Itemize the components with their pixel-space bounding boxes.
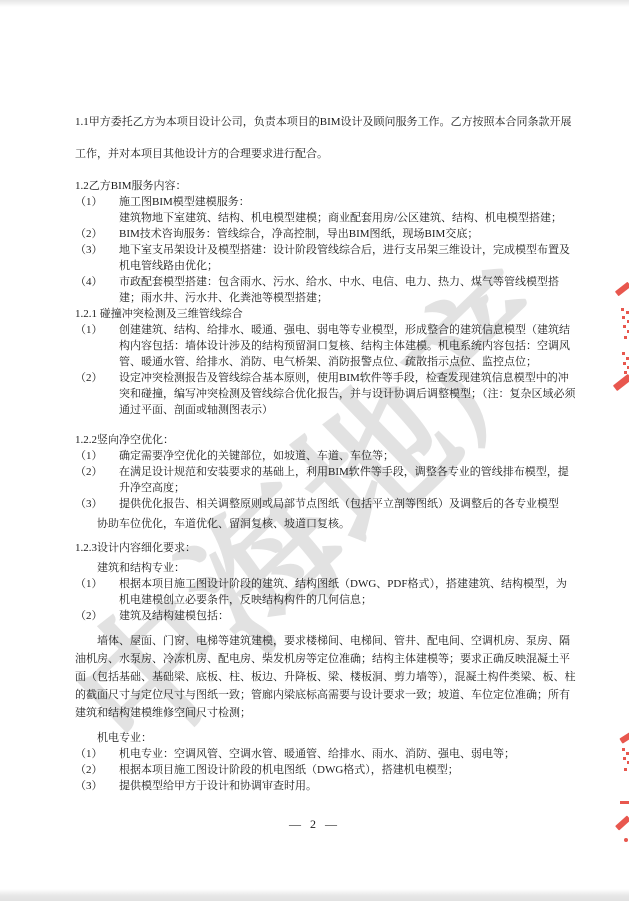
item-number: （1） (75, 746, 119, 762)
seal-stamp-fragment (622, 748, 625, 751)
numbered-list-item: （2）根据本项目施工图设计阶段的机电图纸（DWG格式），搭建机电模型； (75, 762, 577, 778)
item-text-line: 在满足设计规范和安装要求的基础上，利用BIM软件等手段，调整各专业的管线排布模型… (119, 464, 577, 496)
text-block: 1.1甲方委托乙方为本项目设计公司，负责本项目的BIM设计及顾问服务工作。乙方按… (75, 106, 577, 170)
seal-stamp-fragment (613, 374, 629, 391)
item-text: 市政配套模型搭建：包含雨水、污水、给水、中水、电信、电力、热力、煤气等管线模型搭… (119, 274, 577, 306)
item-text: 建筑及结构建模包括： (119, 608, 577, 624)
item-text: 施工图BIM模型建模服务：建筑物地下室建筑、结构、机电模型建模；商业配套用房/公… (119, 194, 577, 226)
numbered-list-item: （1）机电专业：空调风管、空调水管、暖通管、给排水、雨水、消防、强电、弱电等； (75, 746, 577, 762)
numbered-list-item: （3）提供优化报告、相关调整原则或局部节点图纸（包括平立剖等图纸）及调整后的各专… (75, 496, 577, 512)
item-text: 机电专业：空调风管、空调水管、暖通管、给排水、雨水、消防、强电、弱电等； (119, 746, 577, 762)
numbered-list-item: （2）设定冲突检测报告及管线综合基本原则，使用BIM软件等手段，检查发现建筑信息… (75, 370, 577, 418)
text-block: 1.2.2竖向净空优化： (75, 432, 577, 448)
numbered-list-item: （3）地下室支吊架设计及模型搭建：设计阶段管线综合后，进行支吊架三维设计，完成模… (75, 242, 577, 274)
numbered-list-item: （2）在满足设计规范和安装要求的基础上，利用BIM软件等手段，调整各专业的管线排… (75, 464, 577, 496)
text-block: 建筑和结构专业： (75, 560, 577, 576)
item-text-line: 提供优化报告、相关调整原则或局部节点图纸（包括平立剖等图纸）及调整后的各专业模型 (119, 496, 577, 512)
seal-stamp-fragment (615, 282, 629, 297)
item-text-line: 提供模型给甲方于设计和协调审查时用。 (119, 778, 577, 794)
numbered-list-item: （1）创建建筑、结构、给排水、暖通、强电、弱电等专业模型，形成整合的建筑信息模型… (75, 322, 577, 370)
item-text-line: 施工图BIM模型建模服务： (119, 194, 577, 210)
seal-stamp-fragment (624, 838, 628, 842)
item-text-line: 建筑物地下室建筑、结构、机电模型建模；商业配套用房/公区建筑、结构、机电模型搭建… (119, 210, 577, 226)
item-number: （1） (75, 322, 119, 370)
text-block: 协助车位优化，车道优化、留洞复核、坡道口复核。 (75, 516, 577, 532)
item-text: 提供模型给甲方于设计和协调审查时用。 (119, 778, 577, 794)
numbered-list-item: （3）提供模型给甲方于设计和协调审查时用。 (75, 778, 577, 794)
document-page: 中海地产 1.1甲方委托乙方为本项目设计公司，负责本项目的BIM设计及顾问服务工… (0, 0, 629, 901)
item-text-line: 设定冲突检测报告及管线综合基本原则，使用BIM软件等手段，检查发现建筑信息模型中… (119, 370, 577, 418)
item-number: （3） (75, 496, 119, 512)
numbered-list-item: （2）BIM技术咨询服务：管线综合，净高控制，导出BIM图纸，现场BIM交底； (75, 226, 577, 242)
item-number: （3） (75, 778, 119, 794)
item-text-line: 创建建筑、结构、给排水、暖通、强电、弱电等专业模型，形成整合的建筑信息模型（建筑… (119, 322, 577, 370)
text-block: 1.2.3设计内容细化要求： (75, 540, 577, 556)
item-text: 确定需要净空优化的关键部位，如坡道、车道、车位等； (119, 448, 577, 464)
item-text-line: 建筑及结构建模包括： (119, 608, 577, 624)
item-text: 根据本项目施工图设计阶段的建筑、结构图纸（DWG、PDF格式），搭建建筑、结构模… (119, 576, 577, 608)
item-number: （2） (75, 762, 119, 778)
item-number: （1） (75, 448, 119, 464)
item-number: （2） (75, 464, 119, 496)
numbered-list-item: （4）市政配套模型搭建：包含雨水、污水、给水、中水、电信、电力、热力、煤气等管线… (75, 274, 577, 306)
text-block: 机电专业： (75, 730, 577, 746)
item-text: 提供优化报告、相关调整原则或局部节点图纸（包括平立剖等图纸）及调整后的各专业模型 (119, 496, 577, 512)
text-block: 1.2.1 碰撞冲突检测及三维管线综合 (75, 306, 577, 322)
item-text: BIM技术咨询服务：管线综合，净高控制，导出BIM图纸，现场BIM交底； (119, 226, 577, 242)
item-text-line: 确定需要净空优化的关键部位，如坡道、车道、车位等； (119, 448, 577, 464)
item-text-line: 机电专业：空调风管、空调水管、暖通管、给排水、雨水、消防、强电、弱电等； (119, 746, 577, 762)
document-content: 1.1甲方委托乙方为本项目设计公司，负责本项目的BIM设计及顾问服务工作。乙方按… (75, 106, 577, 794)
seal-stamp-fragment (619, 732, 629, 743)
item-text-line: 根据本项目施工图设计阶段的建筑、结构图纸（DWG、PDF格式），搭建建筑、结构模… (119, 576, 577, 608)
item-number: （4） (75, 274, 119, 306)
page-number: — 2 — (0, 817, 629, 832)
item-number: （1） (75, 576, 119, 608)
item-number: （1） (75, 194, 119, 226)
numbered-list-item: （1）确定需要净空优化的关键部位，如坡道、车道、车位等； (75, 448, 577, 464)
numbered-list-item: （1）根据本项目施工图设计阶段的建筑、结构图纸（DWG、PDF格式），搭建建筑、… (75, 576, 577, 608)
page-edge-bottom (0, 889, 629, 901)
numbered-list-item: （1）施工图BIM模型建模服务：建筑物地下室建筑、结构、机电模型建模；商业配套用… (75, 194, 577, 226)
seal-stamp-fragment (622, 352, 625, 355)
item-text: 地下室支吊架设计及模型搭建：设计阶段管线综合后，进行支吊架三维设计，完成模型布置… (119, 242, 577, 274)
item-text-line: 地下室支吊架设计及模型搭建：设计阶段管线综合后，进行支吊架三维设计，完成模型布置… (119, 242, 577, 274)
item-number: （2） (75, 370, 119, 418)
item-text: 在满足设计规范和安装要求的基础上，利用BIM软件等手段，调整各专业的管线排布模型… (119, 464, 577, 496)
item-text-line: 根据本项目施工图设计阶段的机电图纸（DWG格式），搭建机电模型； (119, 762, 577, 778)
numbered-list-item: （2）建筑及结构建模包括： (75, 608, 577, 624)
text-block: 墙体、屋面、门窗、电梯等建筑建模，要求楼梯间、电梯间、管井、配电间、空调机房、泵… (75, 632, 577, 722)
item-text: 根据本项目施工图设计阶段的机电图纸（DWG格式），搭建机电模型； (119, 762, 577, 778)
seal-stamp-fragment (620, 801, 629, 804)
item-number: （2） (75, 226, 119, 242)
item-number: （3） (75, 242, 119, 274)
text-block: 1.2乙方BIM服务内容： (75, 178, 577, 194)
item-text-line: BIM技术咨询服务：管线综合，净高控制，导出BIM图纸，现场BIM交底； (119, 226, 577, 242)
item-text-line: 市政配套模型搭建：包含雨水、污水、给水、中水、电信、电力、热力、煤气等管线模型搭… (119, 274, 577, 306)
item-text: 创建建筑、结构、给排水、暖通、强电、弱电等专业模型，形成整合的建筑信息模型（建筑… (119, 322, 577, 370)
item-text: 设定冲突检测报告及管线综合基本原则，使用BIM软件等手段，检查发现建筑信息模型中… (119, 370, 577, 418)
seal-stamp-fragment (621, 308, 624, 311)
item-number: （2） (75, 608, 119, 624)
page-edge-top (0, 0, 629, 7)
